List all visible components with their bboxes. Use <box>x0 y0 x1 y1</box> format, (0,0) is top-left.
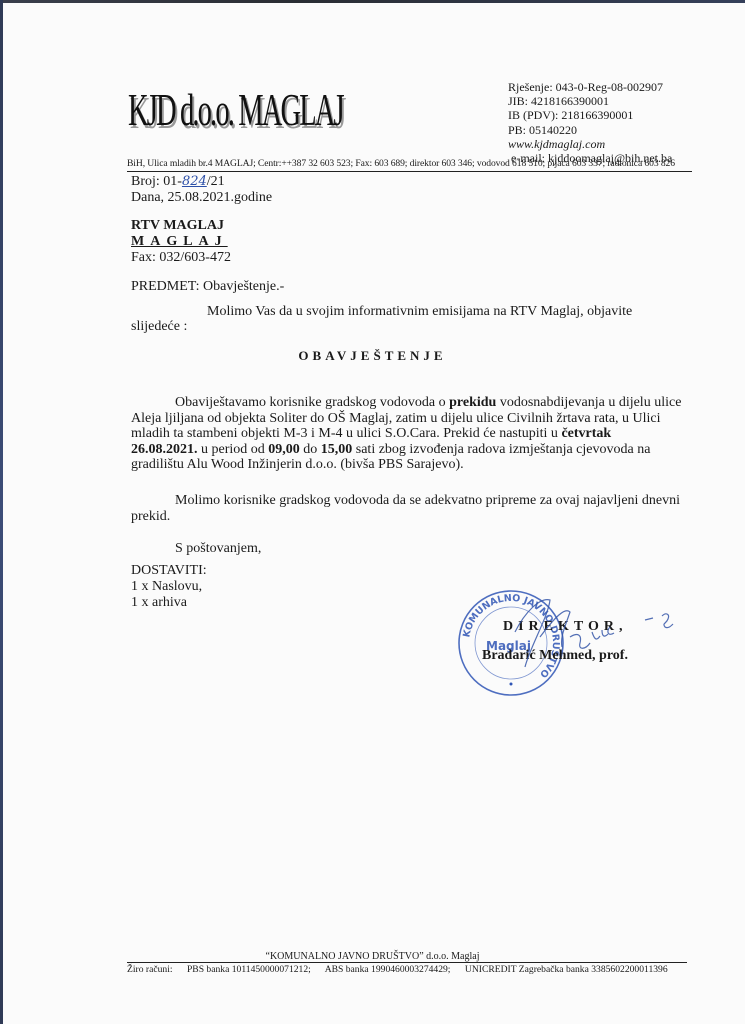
footer-bank-accounts: Žiro računi: PBS banka 1011450000071212;… <box>127 962 687 976</box>
paragraph-line: Aleja ljiljana od objekta Soliter do OŠ … <box>131 411 691 427</box>
scan-edge-top <box>0 0 745 3</box>
director-name: Bradarić Mehmed, prof. <box>482 648 628 664</box>
handwritten-number: 824 <box>182 174 207 189</box>
reference-suffix: /21 <box>207 174 225 189</box>
company-logo: KJD d.o.o. MAGLAJ <box>128 80 343 140</box>
website-link[interactable]: www.kjdmaglaj.com <box>508 137 672 151</box>
recipient-fax: Fax: 032/603-472 <box>131 250 231 266</box>
bank-account: ABS banka 1990460003274429; <box>325 964 451 975</box>
vat-number: IB (PDV): 218166390001 <box>508 108 672 122</box>
paragraph-line: gradilištu Alu Wood Inžinjerin d.o.o. (b… <box>131 457 691 473</box>
paragraph-line: 26.08.2021. u period od 09,00 do 15,00 s… <box>131 442 691 458</box>
subject-line: PREDMET: Obavještenje.- <box>131 279 284 295</box>
recipient-name: RTV MAGLAJ <box>131 218 224 234</box>
official-stamp: KOMUNALNO JAVNO DRUŠTVO Maglaj <box>456 588 566 698</box>
intro-line-2: slijedeće : <box>131 319 187 335</box>
emphasis-day: četvrtak <box>561 426 611 441</box>
delivery-item: 1 x Naslovu, <box>131 579 202 595</box>
paragraph-line: Molimo korisnike gradskog vodovoda da se… <box>131 493 691 509</box>
bank-label: Žiro računi: <box>127 964 173 975</box>
pb-number: PB: 05140220 <box>508 123 672 137</box>
document-date: Dana, 25.08.2021.godine <box>131 190 272 206</box>
jib-number: JIB: 4218166390001 <box>508 94 672 108</box>
notice-heading: OBAVJEŠTENJE <box>0 348 745 364</box>
notice-paragraph-2: Molimo korisnike gradskog vodovoda da se… <box>131 493 691 524</box>
registration-number: Rješenje: 043-0-Reg-08-002907 <box>508 80 672 94</box>
scan-edge-left <box>0 0 3 1024</box>
emphasis-start-time: 09,00 <box>268 442 300 457</box>
reference-prefix: Broj: 01- <box>131 174 182 189</box>
closing-regards: S poštovanjem, <box>175 541 261 557</box>
notice-paragraph-1: Obaviještavamo korisnike gradskog vodovo… <box>131 395 691 473</box>
intro-line-1: Molimo Vas da u svojim informativnim emi… <box>207 304 632 320</box>
address-line: BiH, Ulica mladih br.4 MAGLAJ; Centr:++3… <box>127 158 692 172</box>
bank-account: PBS banka 1011450000071212; <box>187 964 311 975</box>
delivery-item: 1 x arhiva <box>131 595 187 611</box>
emphasis-interruption: prekidu <box>449 395 496 410</box>
emphasis-end-time: 15,00 <box>321 442 353 457</box>
paragraph-line: prekid. <box>131 509 691 525</box>
recipient-city: MAGLAJ <box>131 234 228 250</box>
emphasis-date: 26.08.2021. <box>131 442 198 457</box>
footer-company-name: “KOMUNALNO JAVNO DRUŠTVO” d.o.o. Maglaj <box>0 951 745 962</box>
paragraph-line: mladih ta stambeni objekti M-3 i M-4 u u… <box>131 426 691 442</box>
paragraph-line: Obaviještavamo korisnike gradskog vodovo… <box>131 395 691 411</box>
delivery-label: DOSTAVITI: <box>131 563 207 579</box>
registration-block: Rješenje: 043-0-Reg-08-002907 JIB: 42181… <box>508 80 672 165</box>
bank-account: UNICREDIT Zagrebačka banka 3385602200011… <box>465 964 668 975</box>
director-title: DIREKTOR, <box>503 619 627 635</box>
reference-number: Broj: 01-824/21 <box>131 174 225 190</box>
